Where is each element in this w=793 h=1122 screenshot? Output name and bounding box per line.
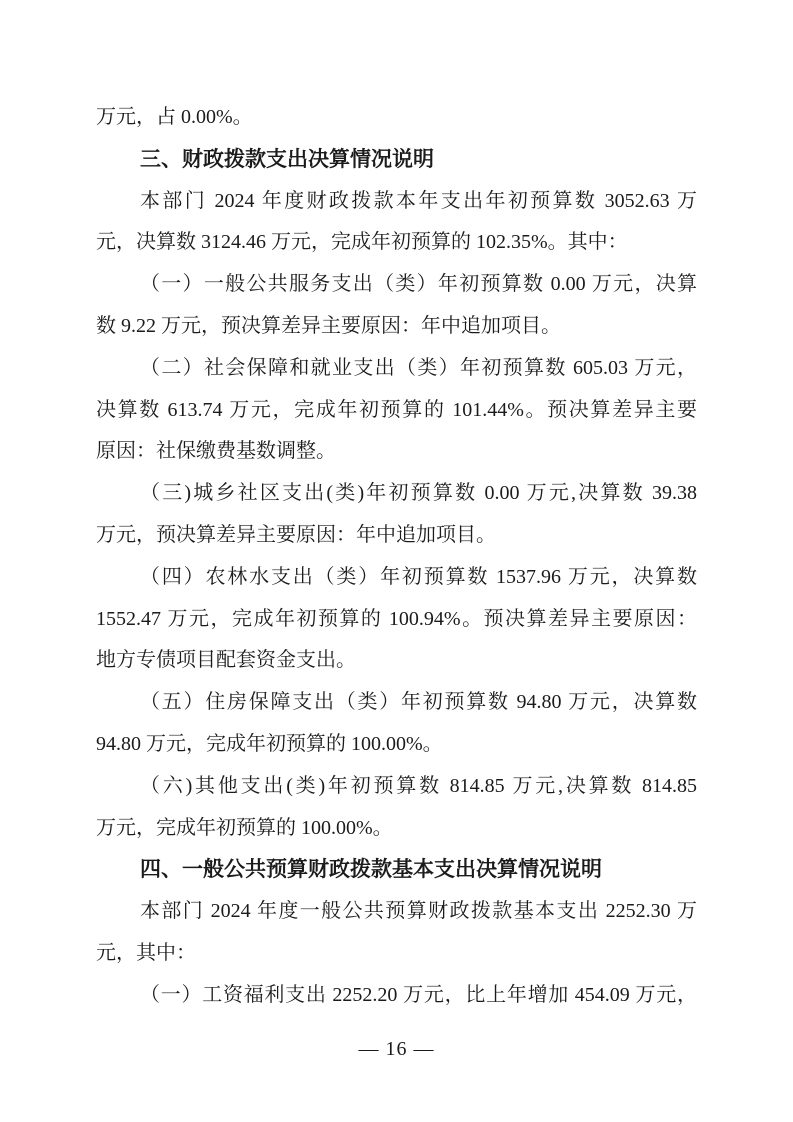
body-text-line: 94.80 万元，完成年初预算的 100.00%。 [96,724,697,766]
body-text-line: （五）住房保障支出（类）年初预算数 94.80 万元，决算数 [96,682,697,724]
body-text-line: （一）工资福利支出 2252.20 万元，比上年增加 454.09 万元， [96,975,697,1017]
body-text-line: （三)城乡社区支出(类)年初预算数 0.00 万元,决算数 39.38 [96,473,697,515]
body-text-line: 元，其中： [96,933,697,975]
body-text-line: 本部门 2024 年度财政拨款本年支出年初预算数 3052.63 万 [96,181,697,223]
body-text-line: （一）一般公共服务支出（类）年初预算数 0.00 万元，决算 [96,264,697,306]
page-footer: — 16 — [0,1038,793,1061]
body-text-line: （二）社会保障和就业支出（类）年初预算数 605.03 万元， [96,348,697,390]
document-page: 万元，占 0.00%。三、财政拨款支出决算情况说明本部门 2024 年度财政拨款… [0,0,793,1122]
section-heading: 四、一般公共预算财政拨款基本支出决算情况说明 [96,849,697,891]
body-text-line: （四）农林水支出（类）年初预算数 1537.96 万元，决算数 [96,557,697,599]
body-text-line: 万元，占 0.00%。 [96,97,697,139]
body-text-line: 万元，完成年初预算的 100.00%。 [96,808,697,850]
body-text-line: （六)其他支出(类)年初预算数 814.85 万元,决算数 814.85 [96,766,697,808]
body-text-line: 决算数 613.74 万元，完成年初预算的 101.44%。预决算差异主要 [96,390,697,432]
body-text-line: 万元，预决算差异主要原因：年中追加项目。 [96,515,697,557]
body-text-line: 元，决算数 3124.46 万元，完成年初预算的 102.35%。其中： [96,222,697,264]
body-text-line: 原因：社保缴费基数调整。 [96,431,697,473]
document-text-area: 万元，占 0.00%。三、财政拨款支出决算情况说明本部门 2024 年度财政拨款… [96,97,697,1017]
body-text-line: 地方专债项目配套资金支出。 [96,640,697,682]
page-number: — 16 — [359,1038,435,1060]
body-text-line: 数 9.22 万元，预决算差异主要原因：年中追加项目。 [96,306,697,348]
section-heading: 三、财政拨款支出决算情况说明 [96,139,697,181]
body-text-line: 本部门 2024 年度一般公共预算财政拨款基本支出 2252.30 万 [96,891,697,933]
body-text-line: 1552.47 万元，完成年初预算的 100.94%。预决算差异主要原因： [96,599,697,641]
